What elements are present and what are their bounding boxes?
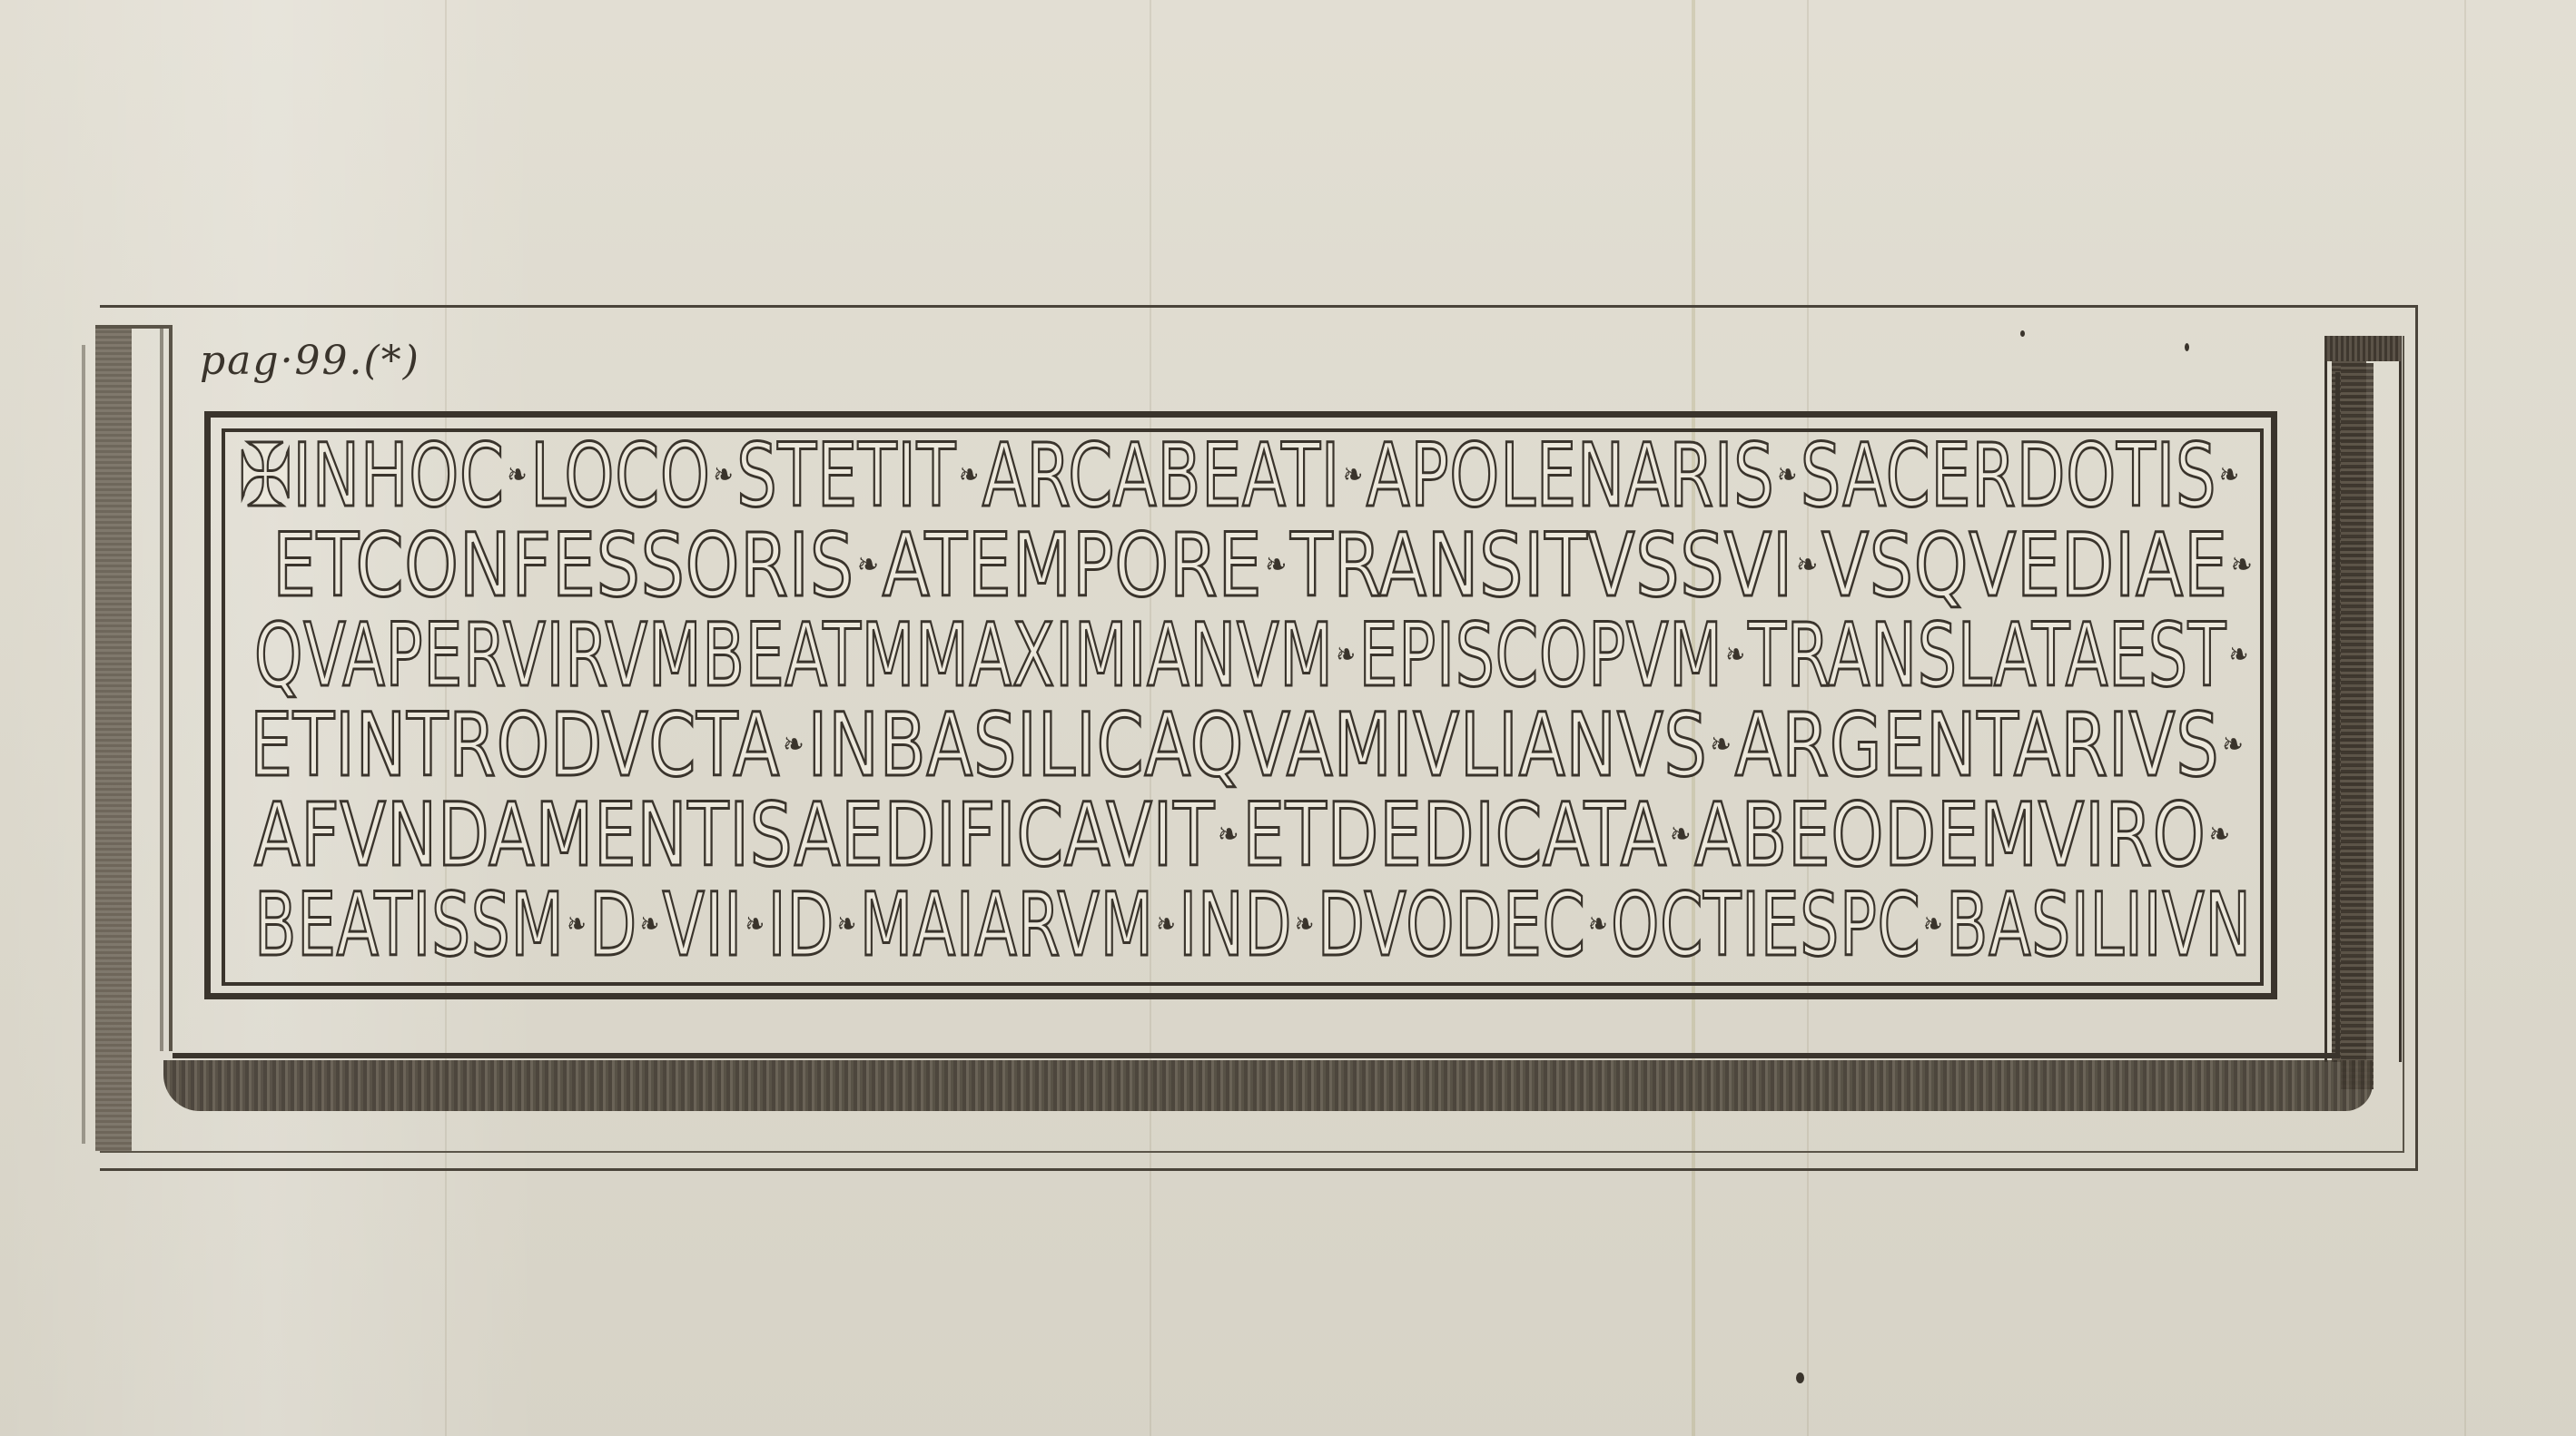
hedera-leaf-icon: ❧ xyxy=(959,439,980,512)
left-pillar-shading xyxy=(95,325,132,1151)
hedera-leaf-icon: ❧ xyxy=(783,709,804,782)
hedera-leaf-icon: ❧ xyxy=(1337,619,1357,692)
paper-fold-line xyxy=(2464,0,2466,1436)
hedera-leaf-icon: ❧ xyxy=(1777,439,1798,512)
inscription-line: QVAPERVIRVMBEATMMAXIMIANVM❧EPISCOPVM❧TRA… xyxy=(254,619,2252,692)
inscription-line: BEATISSM❧D❧VII❧ID❧MAIARVM❧IND❧DVODEC❧OCT… xyxy=(254,889,2252,961)
inscription-word: VII xyxy=(663,874,743,976)
inscription-word: IND xyxy=(1179,874,1292,976)
inscription-word: ABEODEMVIRO xyxy=(1694,784,2206,886)
inscription-line: ETCONFESSORIS❧ATEMPORE❧TRANSITVSSVI❧VSQV… xyxy=(272,529,2256,602)
hedera-leaf-icon: ❧ xyxy=(567,889,587,961)
hedera-leaf-icon: ❧ xyxy=(1588,889,1608,961)
hedera-leaf-icon: ❧ xyxy=(857,529,880,602)
left-pillar-top xyxy=(95,325,170,329)
inscription-word: SACERDOTIS xyxy=(1801,425,2216,526)
hedera-leaf-icon: ❧ xyxy=(2231,529,2254,602)
inscription-word: INBASILICAQVAMIVLIANVS xyxy=(808,694,1708,796)
left-pillar-line xyxy=(82,345,85,1144)
hedera-leaf-icon: ❧ xyxy=(1218,799,1239,871)
hedera-leaf-icon: ❧ xyxy=(1157,889,1177,961)
inscription-word: ID xyxy=(768,874,834,976)
inscription-line: ETINTRODVCTA❧INBASILICAQVAMIVLIANVS❧ARGE… xyxy=(250,709,2247,782)
inscription-word: OCTIESPC xyxy=(1611,874,1920,976)
inscription-word: ETCONFESSORIS xyxy=(272,515,854,616)
inscription-word: STETIT xyxy=(736,425,956,526)
inscription-word: ATEMPORE xyxy=(883,515,1262,616)
hedera-leaf-icon: ❧ xyxy=(2209,799,2231,871)
hedera-leaf-icon: ❧ xyxy=(2229,619,2249,692)
inscription-word: LOCO xyxy=(530,425,710,526)
inscription-word: ETINTRODVCTA xyxy=(250,694,780,796)
hedera-leaf-icon: ❧ xyxy=(1295,889,1315,961)
inscription-word: AFVNDAMENTISAEDIFICAVIT xyxy=(254,784,1215,886)
inscription-word: APOLENARIS xyxy=(1367,425,1775,526)
inscription-word: ARGENTARIVS xyxy=(1735,694,2220,796)
hedera-leaf-icon: ❧ xyxy=(1265,529,1288,602)
hedera-leaf-icon: ❧ xyxy=(508,439,528,512)
right-pillar-cap xyxy=(2324,336,2402,361)
inscription-word: QVAPERVIRVMBEATMMAXIMIANVM xyxy=(254,605,1334,706)
left-pillar-line xyxy=(160,325,163,1051)
inscription-word: D xyxy=(589,874,637,976)
hedera-leaf-icon: ❧ xyxy=(1923,889,1943,961)
inscription-word: DVODEC xyxy=(1318,874,1586,976)
inscription-word: MAIARVM xyxy=(860,874,1154,976)
inscription-word: ✠INHOC xyxy=(239,425,505,526)
inscription-word: BEATISSM xyxy=(254,874,565,976)
inscription-word: EPISCOPVM xyxy=(1358,605,1722,706)
hedera-leaf-icon: ❧ xyxy=(1796,529,1819,602)
hedera-leaf-icon: ❧ xyxy=(2219,439,2240,512)
inscription-word: VSQVEDIAE xyxy=(1821,515,2228,616)
inscription-word: TRANSLATAEST xyxy=(1748,605,2226,706)
ink-speck xyxy=(1796,1372,1804,1383)
plate-inner-border xyxy=(100,1151,2403,1153)
inscription-line: AFVNDAMENTISAEDIFICAVIT❧ETDEDICATA❧ABEOD… xyxy=(254,799,2234,871)
hedera-leaf-icon: ❧ xyxy=(745,889,765,961)
hedera-leaf-icon: ❧ xyxy=(2222,709,2244,782)
hedera-leaf-icon: ❧ xyxy=(1343,439,1364,512)
hedera-leaf-icon: ❧ xyxy=(1711,709,1732,782)
hedera-leaf-icon: ❧ xyxy=(640,889,660,961)
right-pillar-edge xyxy=(2399,336,2402,1062)
hedera-leaf-icon: ❧ xyxy=(837,889,857,961)
hedera-leaf-icon: ❧ xyxy=(1725,619,1745,692)
hedera-leaf-icon: ❧ xyxy=(1670,799,1692,871)
page-reference-annotation: pag·99.(*) xyxy=(200,338,420,384)
plate-shadow-right xyxy=(2341,363,2374,1089)
plate-inner-border-right xyxy=(2403,336,2404,1153)
inscription-word: TRANSITVSSVI xyxy=(1290,515,1793,616)
inscription-word: ETDEDICATA xyxy=(1242,784,1667,886)
hedera-leaf-icon: ❧ xyxy=(714,439,735,512)
inscription-word: BASILIIVN xyxy=(1946,874,2252,976)
plate-shadow-bottom xyxy=(163,1060,2373,1111)
inscription-line: ✠INHOC❧LOCO❧STETIT❧ARCABEATI❧APOLENARIS❧… xyxy=(239,439,2243,512)
inscription-word: ARCABEATI xyxy=(982,425,1340,526)
